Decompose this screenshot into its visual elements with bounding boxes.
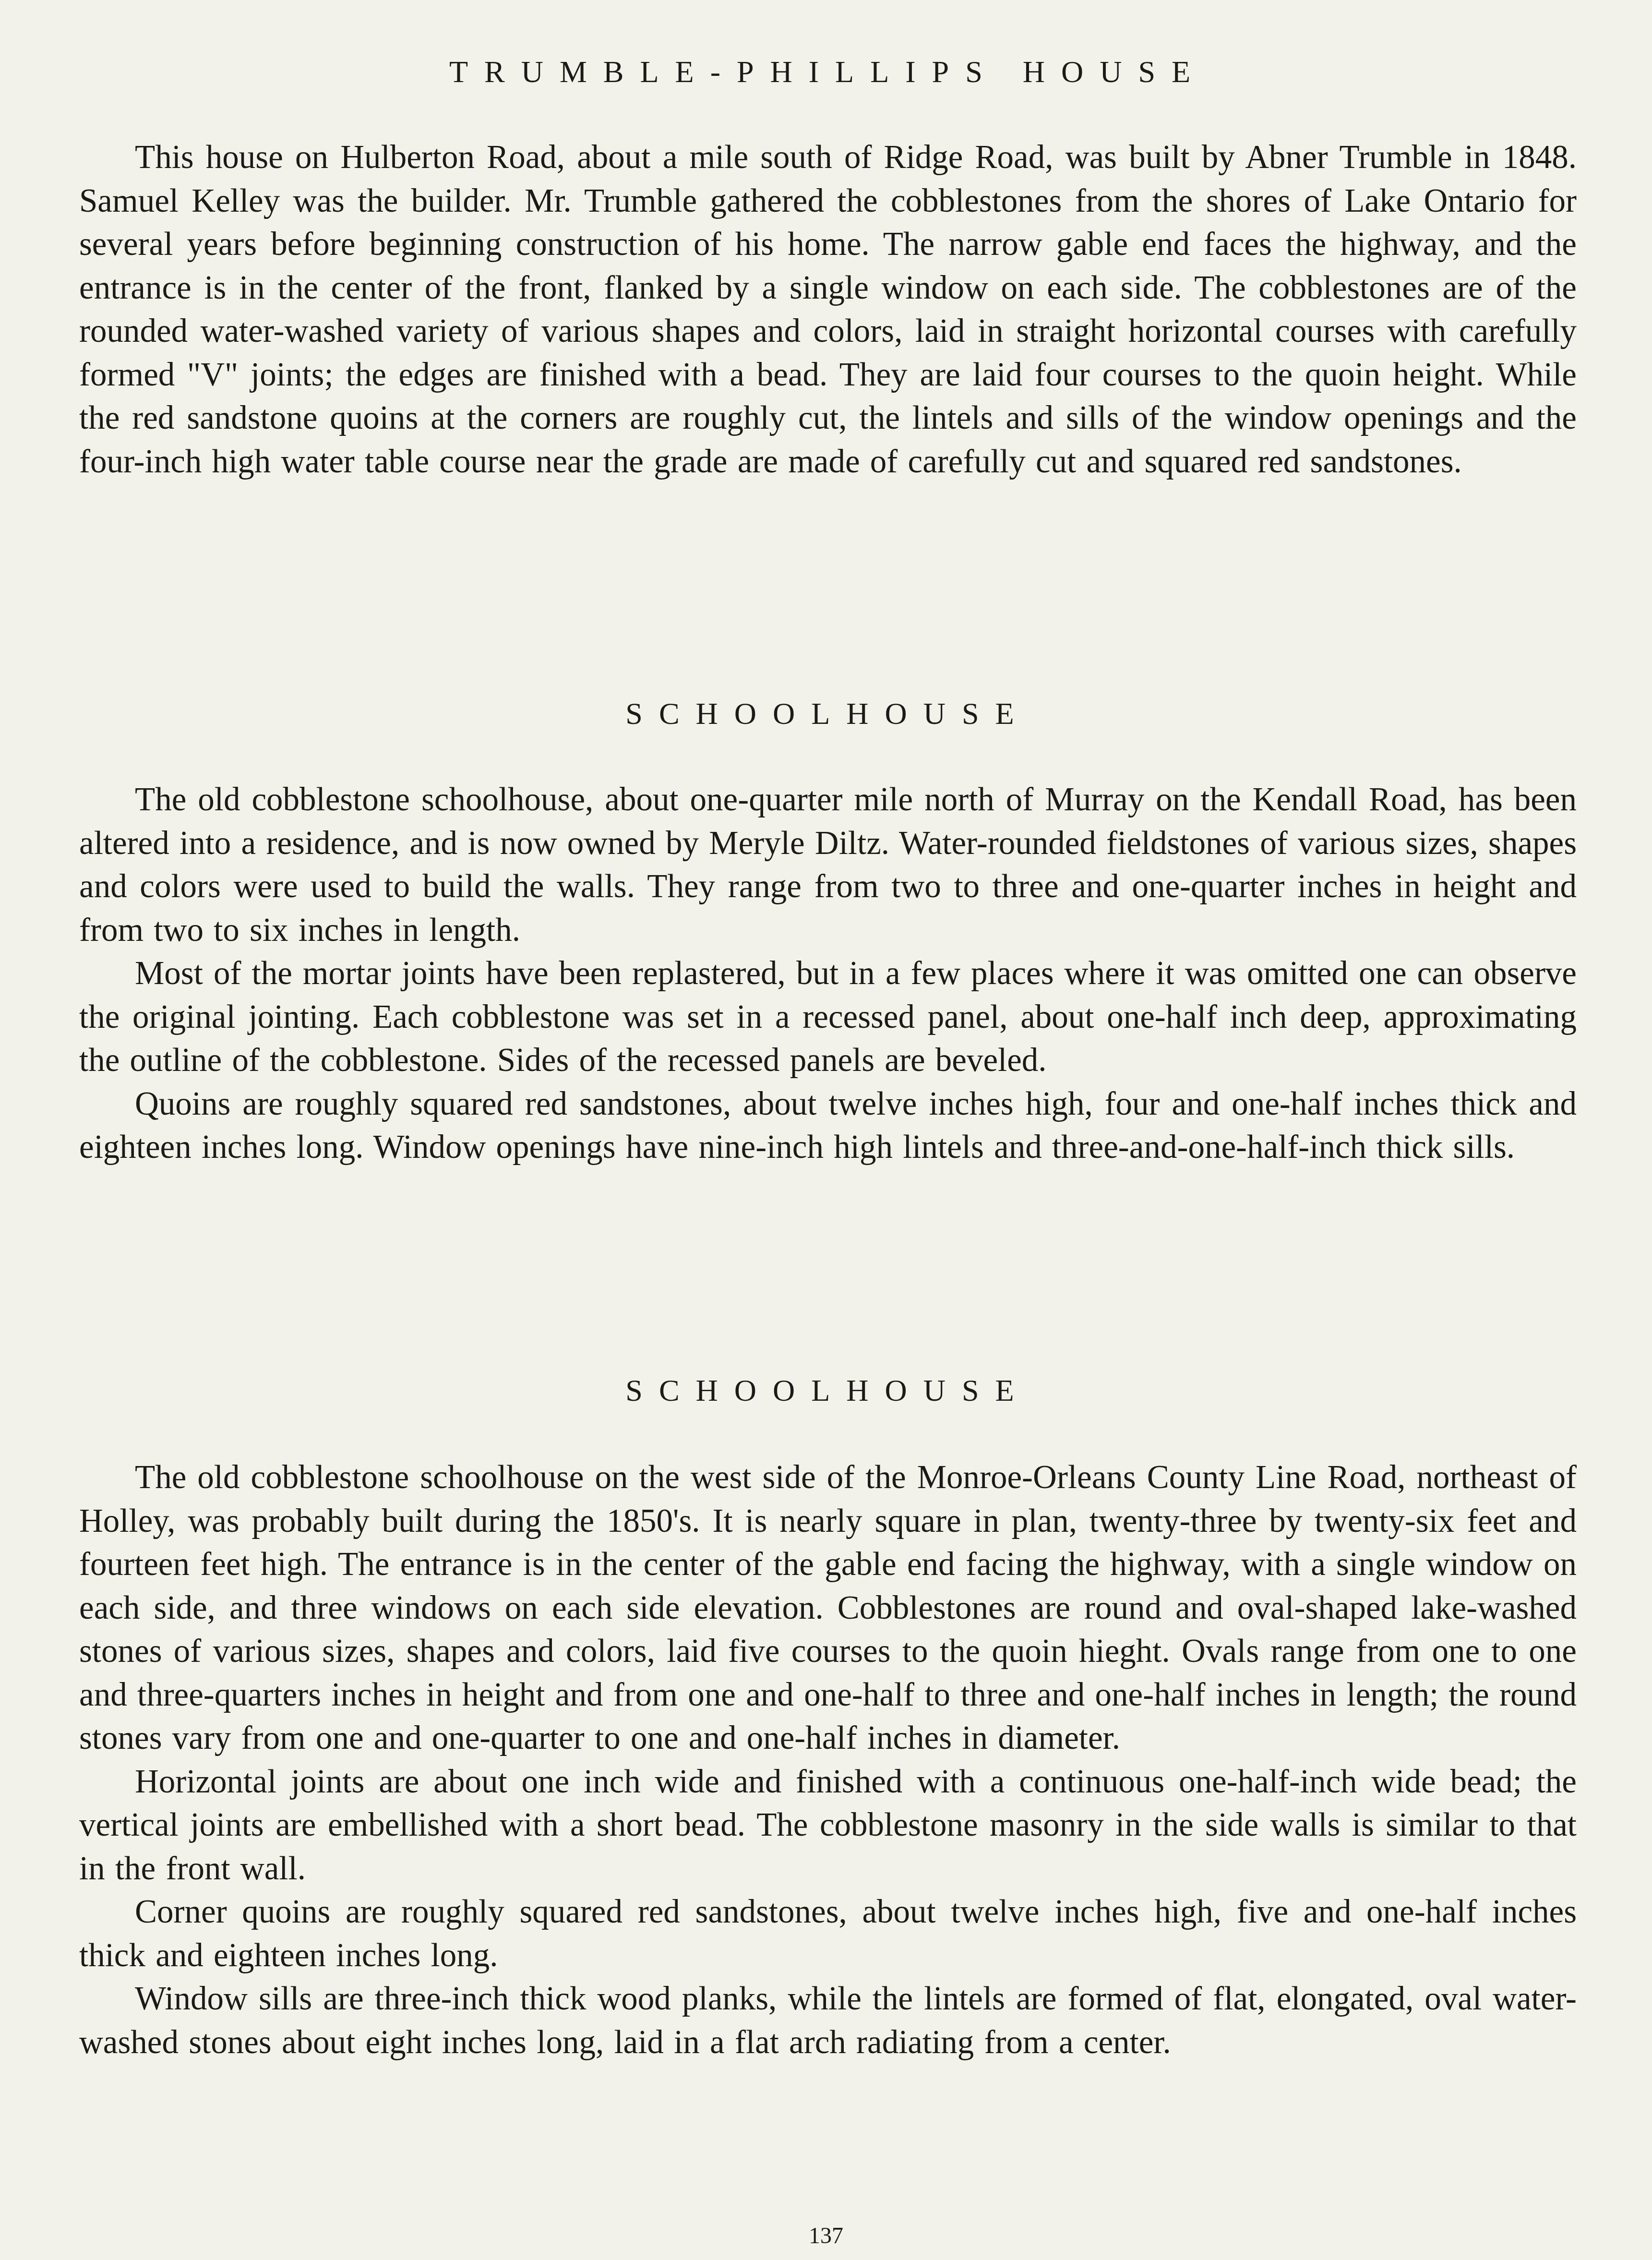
section-heading: TRUMBLE-PHILLIPS HOUSE <box>79 57 1577 87</box>
section-schoolhouse-murray: SCHOOLHOUSE <box>79 698 1577 729</box>
paragraph: Window sills are three-inch thick wood p… <box>79 1977 1577 2064</box>
section-heading: SCHOOLHOUSE <box>79 698 1577 729</box>
paragraph: This house on Hulberton Road, about a mi… <box>79 135 1577 483</box>
paragraph: Corner quoins are roughly squared red sa… <box>79 1890 1577 1977</box>
section-trumble-phillips-body: This house on Hulberton Road, about a mi… <box>79 135 1577 483</box>
paragraph: Horizontal joints are about one inch wid… <box>79 1760 1577 1890</box>
paragraph: Quoins are roughly squared red sandstone… <box>79 1082 1577 1169</box>
paragraph: The old cobblestone schoolhouse on the w… <box>79 1455 1577 1760</box>
page-number: 137 <box>0 2223 1652 2249</box>
section-trumble-phillips-house: TRUMBLE-PHILLIPS HOUSE <box>79 57 1577 87</box>
section-schoolhouse-murray-body: The old cobblestone schoolhouse, about o… <box>79 778 1577 1169</box>
section-schoolhouse-holley: SCHOOLHOUSE <box>79 1375 1577 1406</box>
section-heading: SCHOOLHOUSE <box>79 1375 1577 1406</box>
paragraph: Most of the mortar joints have been repl… <box>79 951 1577 1082</box>
paragraph: The old cobblestone schoolhouse, about o… <box>79 778 1577 951</box>
section-schoolhouse-holley-body: The old cobblestone schoolhouse on the w… <box>79 1455 1577 2064</box>
